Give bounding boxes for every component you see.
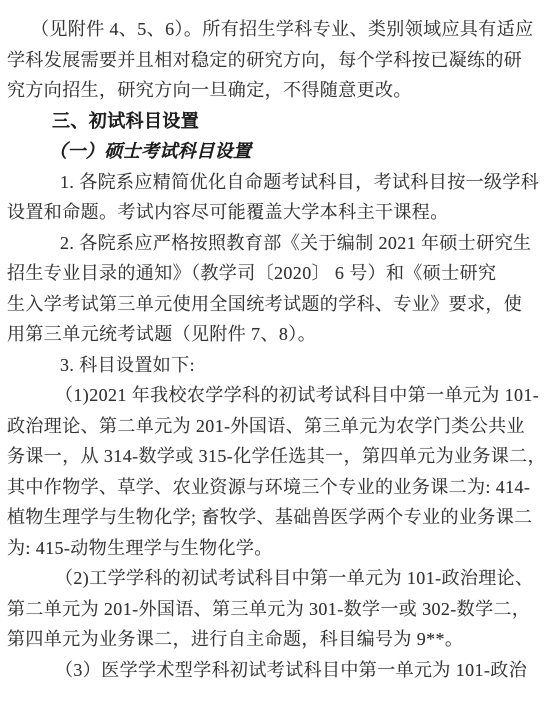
doc-line-7: 设置和命题。考试内容尽可能覆盖大学本科主干课程。 <box>7 197 547 228</box>
doc-line-15: 务课一，从 314-数学或 315-化学任选其一，第四单元为业务课二， <box>7 441 547 472</box>
doc-line-13: （1)2021 年我校农学学科的初试考试科目中第一单元为 101- <box>7 380 547 411</box>
doc-line-20: 第二单元为 201-外国语、第三单元为 301-数学一或 302-数学二， <box>7 594 547 625</box>
doc-line-1: （见附件 4、5、6）。所有招生学科专业、类别领域应具有适应 <box>7 14 547 45</box>
doc-line-19: （2)工学学科的初试考试科目中第一单元为 101-政治理论、 <box>7 563 547 594</box>
doc-line-18: 为: 415-动物生理学与生物化学。 <box>7 533 547 564</box>
doc-line-9: 招生专业目录的通知》（教学司〔2020〕 6 号）和《硕士研究 <box>7 258 547 289</box>
document-page: （见附件 4、5、6）。所有招生学科专业、类别领域应具有适应 学科发展需要并且相… <box>0 0 554 704</box>
doc-line-11: 用第三单元统考试题（见附件 7、8）。 <box>7 319 547 350</box>
doc-line-8: 2. 各院系应严格按照教育部《关于编制 2021 年硕士研究生 <box>7 228 547 259</box>
doc-line-16: 其中作物学、草学、农业资源与环境三个专业的业务课二为: 414- <box>7 472 547 503</box>
doc-line-3: 究方向招生，研究方向一旦确定，不得随意更改。 <box>7 75 547 106</box>
subsection-heading: （一）硕士考试科目设置 <box>7 136 547 167</box>
doc-line-21: 第四单元为业务课二，进行自主命题，科目编号为 9**。 <box>7 624 547 655</box>
doc-line-6: 1. 各院系应精简优化自命题考试科目，考试科目按一级学科 <box>7 167 547 198</box>
section-heading: 三、初试科目设置 <box>7 106 547 137</box>
doc-line-22: （3）医学学术型学科初试考试科目中第一单元为 101-政治 <box>7 655 547 686</box>
doc-line-12: 3. 科目设置如下: <box>7 350 547 381</box>
doc-line-14: 政治理论、第二单元为 201-外国语、第三单元为农学门类公共业 <box>7 411 547 442</box>
doc-line-2: 学科发展需要并且相对稳定的研究方向，每个学科按已凝练的研 <box>7 45 547 76</box>
doc-line-17: 植物生理学与生物化学; 畜牧学、基础兽医学两个专业的业务课二 <box>7 502 547 533</box>
doc-line-10: 生入学考试第三单元使用全国统考试题的学科、专业》要求，使 <box>7 289 547 320</box>
